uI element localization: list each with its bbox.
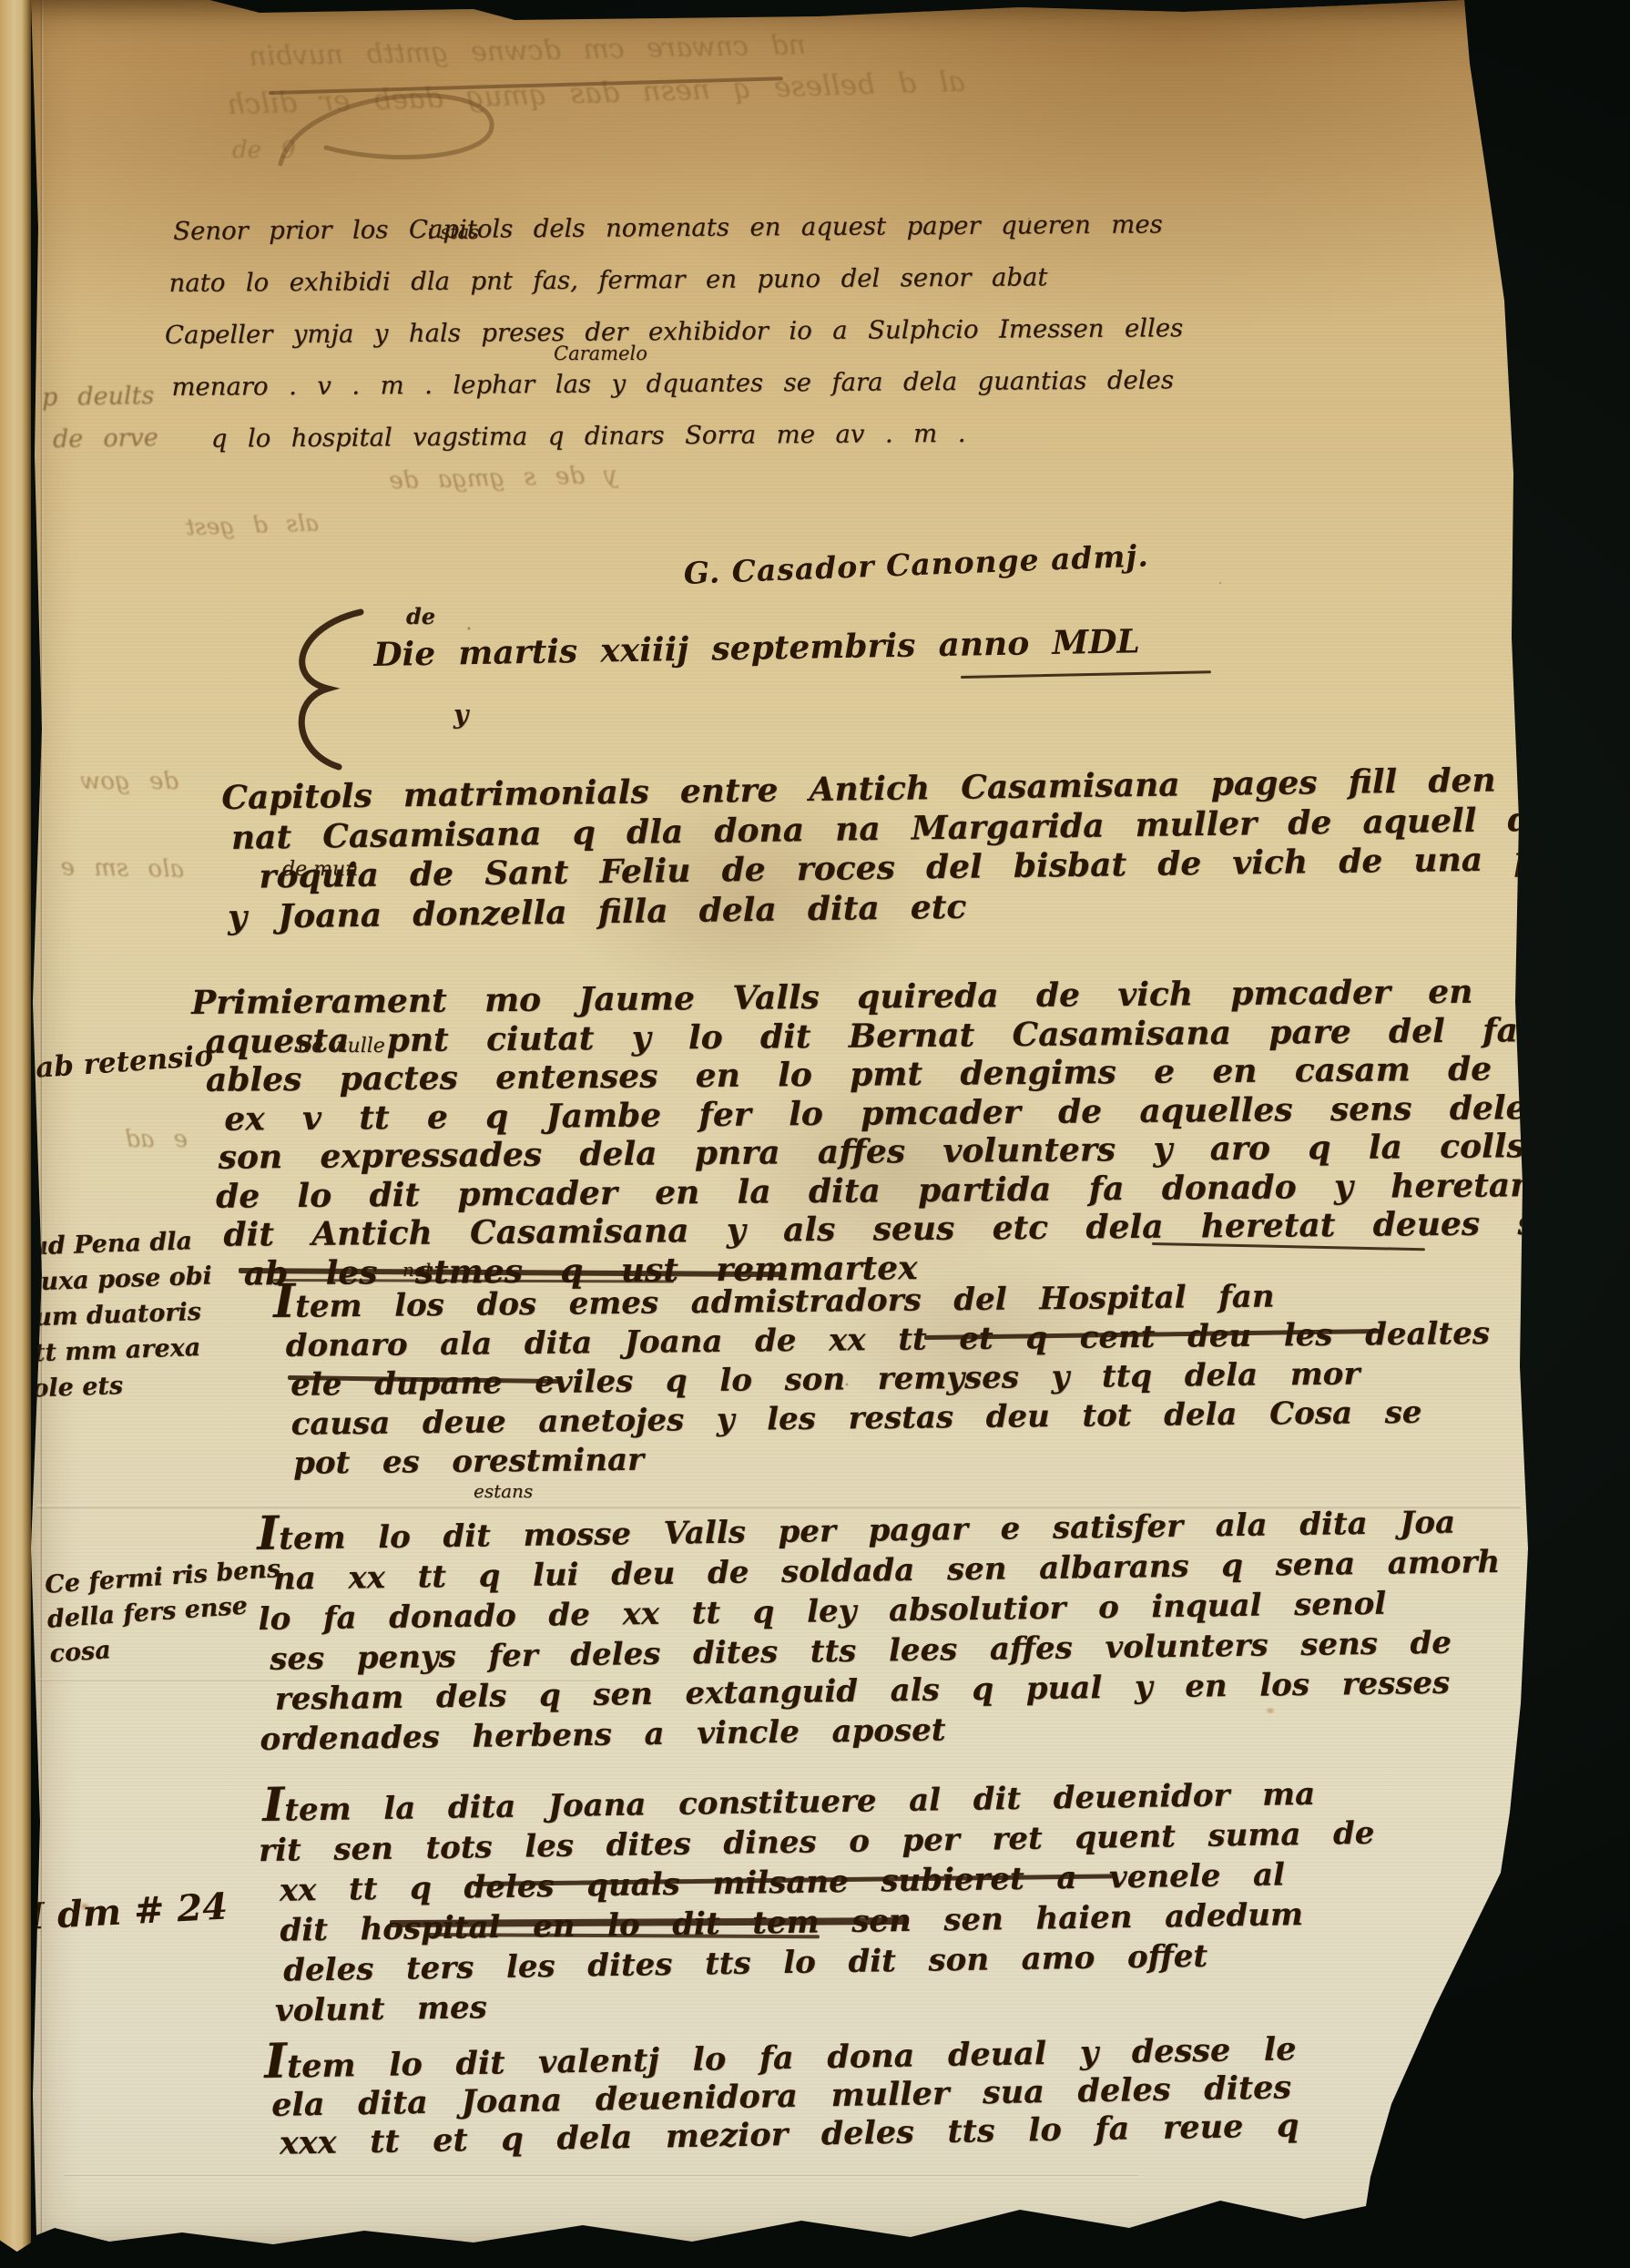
manuscript-scan: nd cnware cm dcwne gmttb nuvbin al d bel… xyxy=(0,0,1630,2268)
adjacent-folio-edge xyxy=(0,0,31,2261)
manuscript-sheet: nd cnware cm dcwne gmttb nuvbin al d bel… xyxy=(0,0,1630,2268)
paper-edge-shading xyxy=(0,0,1630,2268)
